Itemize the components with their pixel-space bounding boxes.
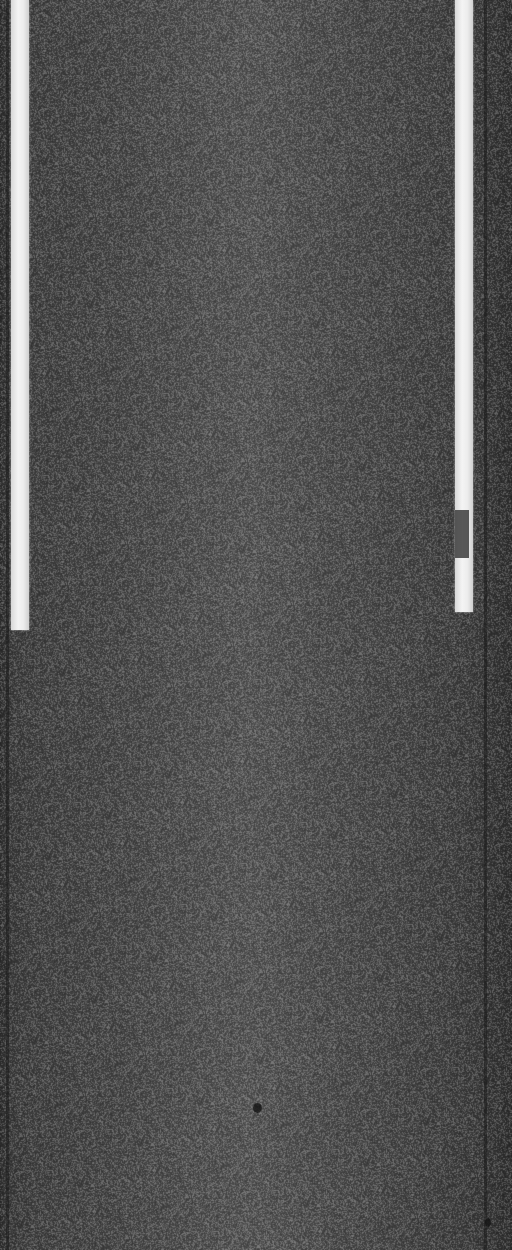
right-road-seam bbox=[484, 0, 487, 1250]
road-stain bbox=[253, 1103, 262, 1113]
lane-line-wear-patch bbox=[455, 510, 469, 558]
left-road-seam bbox=[6, 0, 9, 1250]
asphalt-texture bbox=[0, 0, 512, 1250]
left-lane-line bbox=[11, 0, 29, 630]
road-stain bbox=[485, 1218, 491, 1227]
road-surface bbox=[0, 0, 512, 1250]
